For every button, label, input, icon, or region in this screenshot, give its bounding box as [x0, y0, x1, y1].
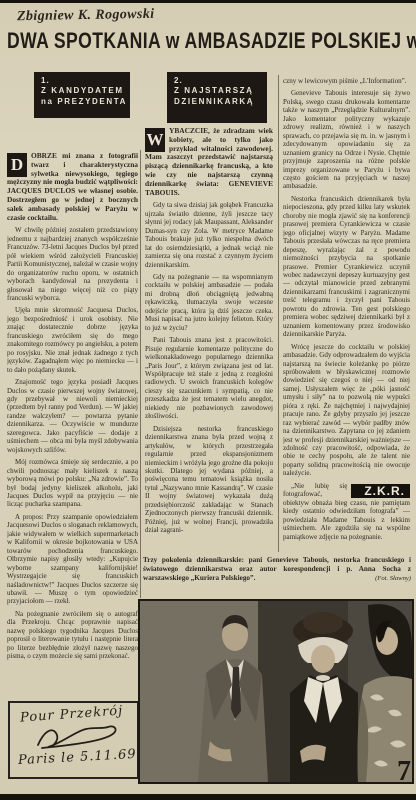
article-headline: DWA SPOTKANIA w AMBASADZIE POLSKIEJ w PA…	[7, 28, 416, 54]
three-journalists-photo-illustration	[140, 601, 412, 782]
col1-paragraph: A propos: Przy szampanie opowiedziałem J…	[7, 513, 138, 606]
section-2-number: 2.	[174, 76, 260, 85]
author-byline: Zbigniew K. Rogowski	[17, 7, 155, 25]
column-divider-1	[140, 150, 141, 598]
col1-paragraph: W chwilę później zostałem przedstawiony …	[7, 226, 138, 302]
col2-paragraph: Dzisiejsza nestorka francuskiego dzienni…	[145, 425, 273, 535]
dropcap-d: D	[7, 153, 27, 177]
col2-paragraph: Gdy na pożegnanie — na wspomnianym cockt…	[145, 273, 273, 332]
reception-photo	[140, 601, 412, 782]
col3-paragraph: Wrócę jeszcze do cocktailu w polskiej am…	[283, 343, 410, 478]
article-column-2: WYBACZCIE, że zdradzam wiek kobiety, ale…	[145, 127, 273, 551]
article-column-3: czny w lewicowym piśmie „L'Information”.…	[283, 77, 410, 555]
col2-lead-paragraph: WYBACZCIE, że zdradzam wiek kobiety, ale…	[145, 127, 273, 197]
magazine-page: Zbigniew K. Rogowski DWA SPOTKANIA w AMB…	[0, 0, 416, 800]
col1-paragraph: Ujęła mnie skromność Jacquesa Duclos, je…	[7, 306, 138, 374]
section-label-2: 2. Z NAJSTARSZĄ DZIENNIKARKĄ	[167, 72, 267, 123]
duclos-signature-icon	[32, 721, 124, 751]
photo-caption: Trzy pokolenia dziennikarskie: pani Gene…	[143, 556, 411, 583]
col3-paragraph: Nestorka francuskich dziennikarek była n…	[283, 195, 410, 339]
section-2-line2: DZIENNIKARKĄ	[174, 96, 260, 107]
article-column-1: DOBRZE mi znana z fotografii twarz i cha…	[7, 152, 138, 698]
col2-paragraph: Pani Tabouis znana jest z pracowitości. …	[145, 336, 273, 421]
col1-paragraph: Mój rozmówca śmieje się serdecznie, a po…	[7, 458, 138, 509]
zkr-author-stamp: Z.K.R.	[351, 484, 410, 498]
col3-paragraph: Genevieve Tabouis interesuje się żywo Po…	[283, 89, 410, 190]
section-1-line1: Z KANDYDATEM	[41, 85, 123, 96]
page-bottom-edge	[0, 794, 416, 800]
column-divider-2	[278, 75, 279, 552]
photo-caption-text: Trzy pokolenia dziennikarskie: pani Gene…	[143, 556, 411, 582]
col1-paragraph: Na pożegnanie zwróciłem się o autograf d…	[7, 610, 138, 661]
section-1-number: 1.	[41, 76, 123, 85]
col1-paragraph: Znajomość tego języka posiadł Jacques Du…	[7, 378, 138, 454]
dropcap-w: W	[145, 128, 165, 152]
col1-lead-paragraph: DOBRZE mi znana z fotografii twarz i cha…	[7, 152, 138, 222]
photo-credit: (Fot. Sławny)	[375, 574, 411, 583]
col3-closing-paragraph: Z.K.R.„Nie lubię się fotografować, obiek…	[283, 482, 410, 541]
col3-paragraph: czny w lewicowym piśmie „L'Information”.	[283, 77, 410, 85]
col2-paragraph: Gdy ta siwa dzisiaj jak gołąbek Francuzk…	[145, 201, 273, 269]
section-2-line1: Z NAJSTARSZĄ	[174, 85, 260, 96]
page-number: 7	[397, 756, 411, 788]
section-1-line2: na PREZYDENTA	[41, 96, 123, 107]
section-label-1: 1. Z KANDYDATEM na PREZYDENTA	[34, 72, 130, 118]
autograph-box: Pour Przekrój Paris le 5.11.69	[8, 701, 139, 779]
page-top-edge	[0, 0, 416, 3]
